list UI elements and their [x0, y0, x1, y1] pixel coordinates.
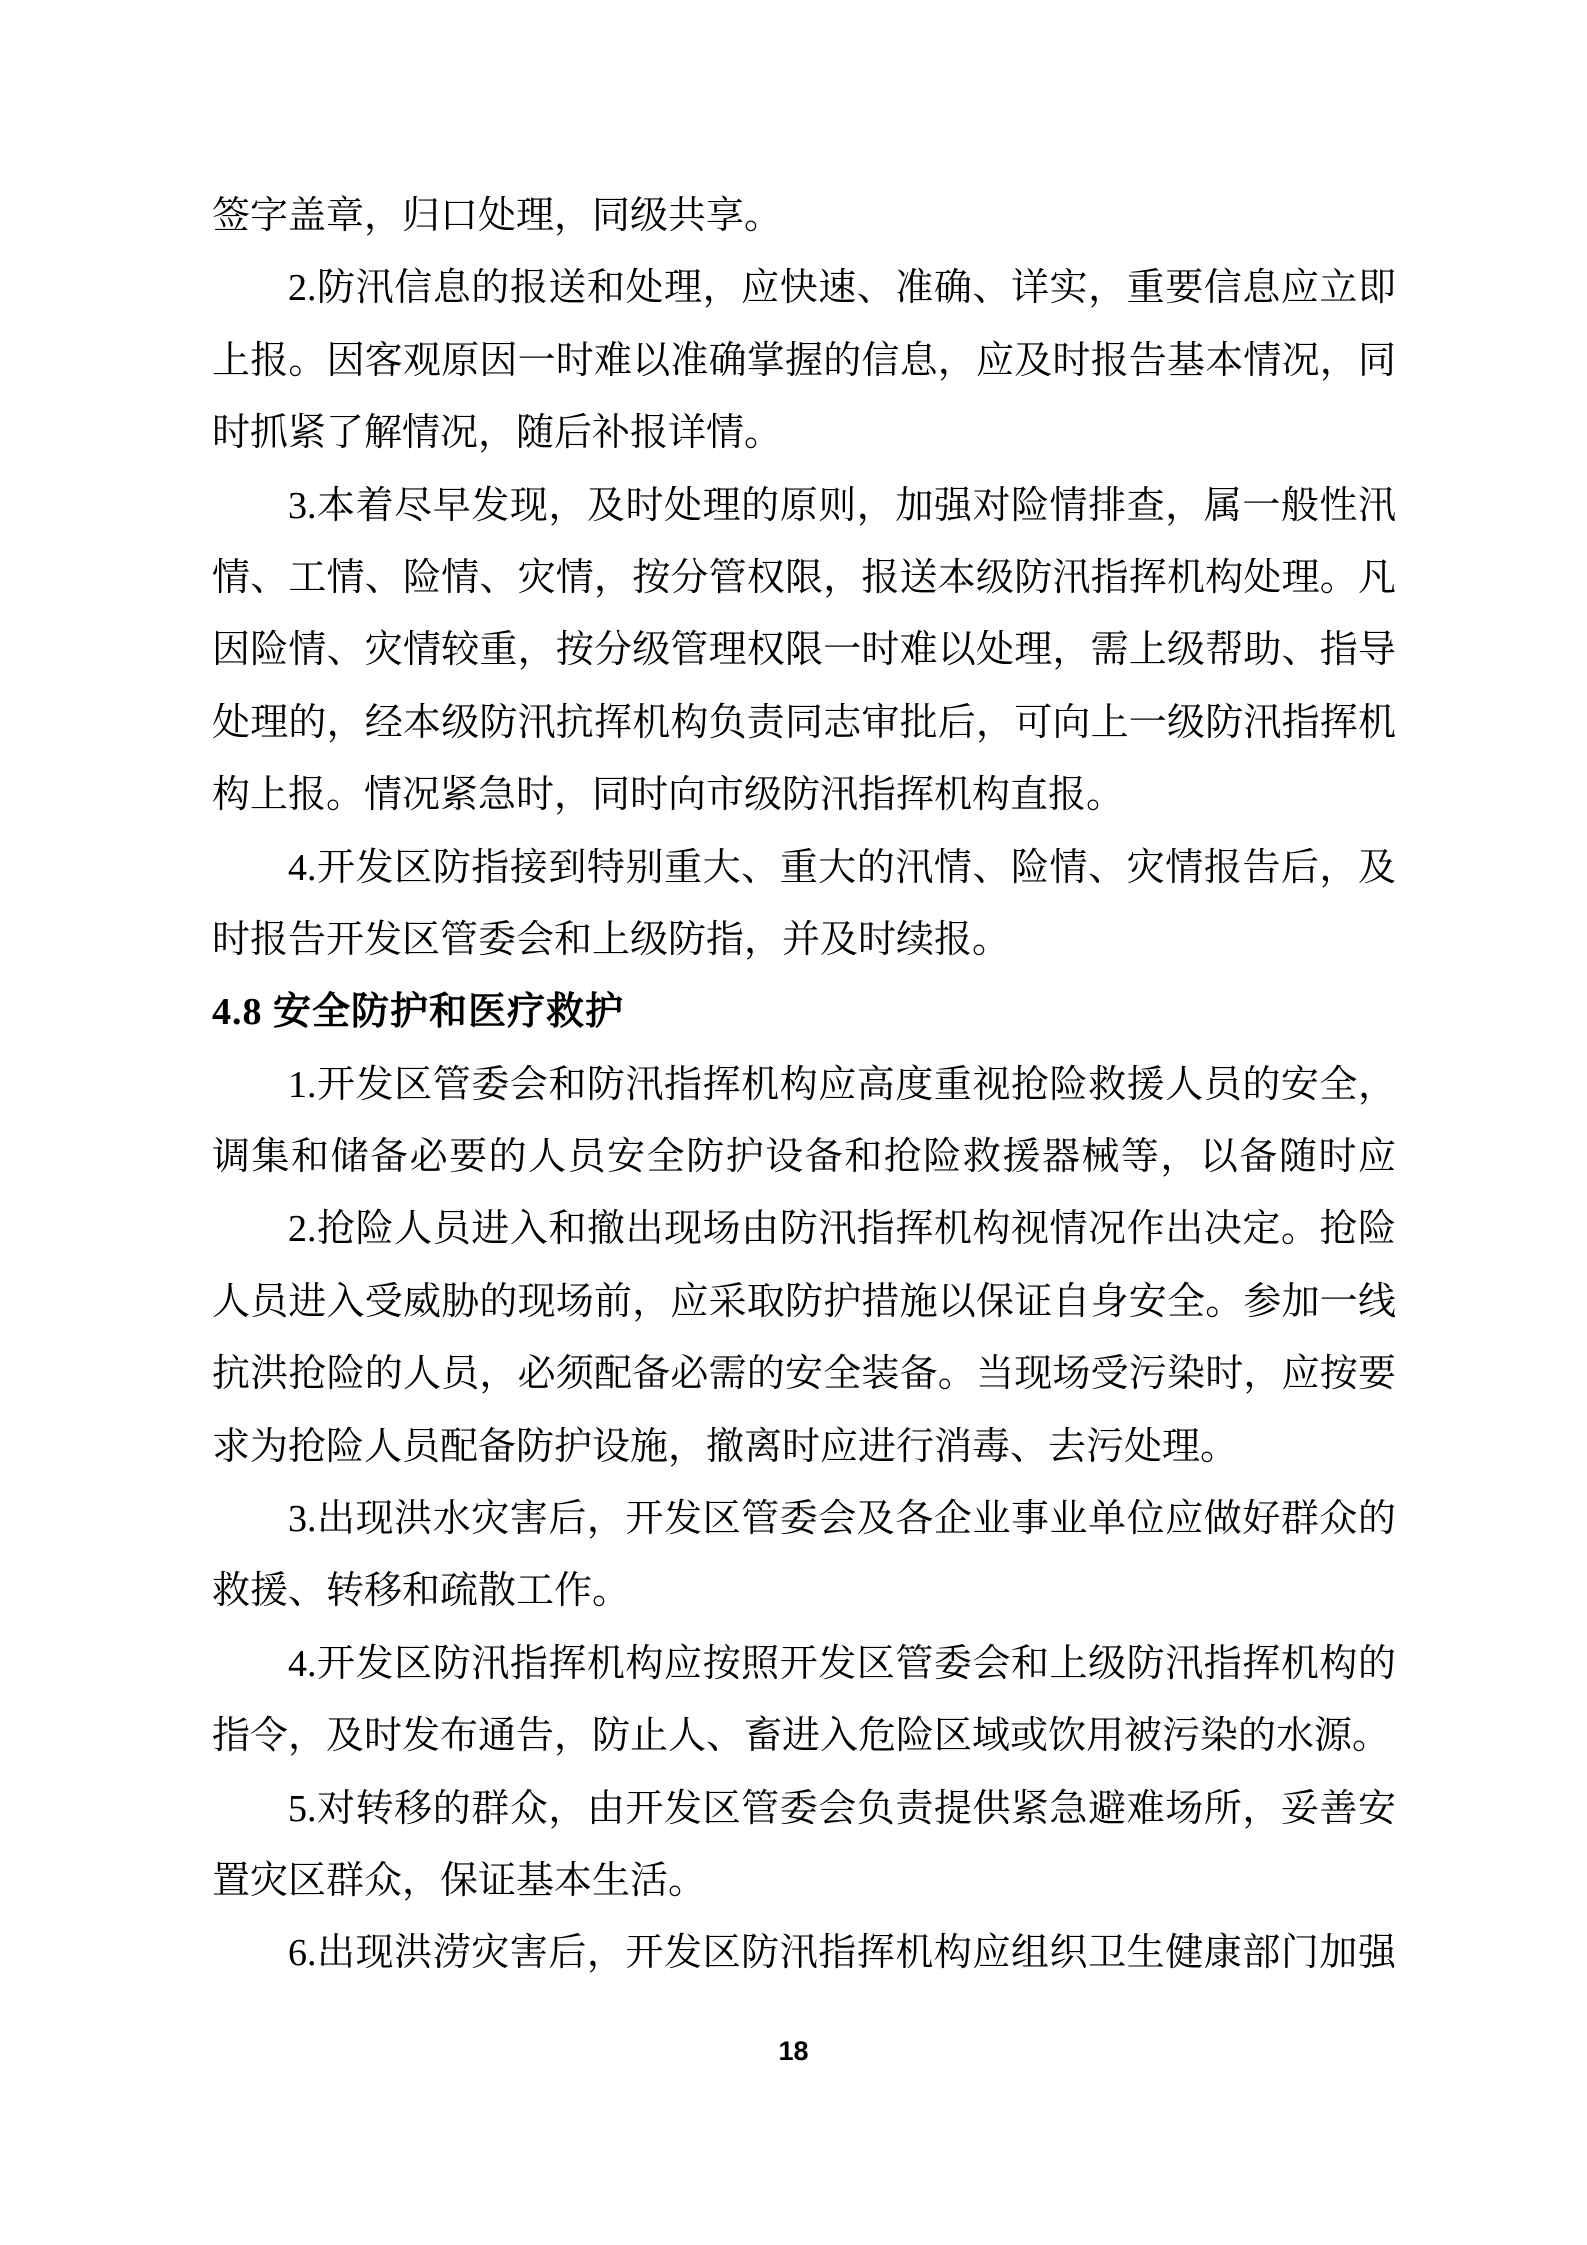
text-line: 1.开发区管委会和防汛指挥机构应高度重视抢险救援人员的安全， — [212, 1049, 1396, 1121]
text-line: 4.开发区防指接到特别重大、重大的汛情、险情、灾情报告后，及 — [212, 832, 1396, 904]
paragraph: 3.出现洪水灾害后，开发区管委会及各企业事业单位应做好群众的救援、转移和疏散工作… — [212, 1483, 1396, 1628]
paragraph: 2.抢险人员进入和撤出现场由防汛指挥机构视情况作出决定。抢险人员进入受威胁的现场… — [212, 1193, 1396, 1483]
text-line: 抗洪抢险的人员，必须配备必需的安全装备。当现场受污染时，应按要 — [212, 1338, 1396, 1410]
paragraph: 3.本着尽早发现，及时处理的原则，加强对险情排查，属一般性汛情、工情、险情、灾情… — [212, 470, 1396, 832]
text-line: 指令，及时发布通告，防止人、畜进入危险区域或饮用被污染的水源。 — [212, 1700, 1396, 1772]
section-heading: 4.8 安全防护和医疗救护 — [212, 976, 1396, 1048]
text-line: 3.出现洪水灾害后，开发区管委会及各企业事业单位应做好群众的 — [212, 1483, 1396, 1555]
text-line: 置灾区群众，保证基本生活。 — [212, 1845, 1396, 1917]
text-line: 4.8 安全防护和医疗救护 — [212, 976, 1396, 1048]
paragraph: 5.对转移的群众，由开发区管委会负责提供紧急避难场所，妥善安置灾区群众，保证基本… — [212, 1773, 1396, 1918]
text-line: 4.开发区防汛指挥机构应按照开发区管委会和上级防汛指挥机构的 — [212, 1628, 1396, 1700]
paragraph: 6.出现洪涝灾害后，开发区防汛指挥机构应组织卫生健康部门加强 — [212, 1917, 1396, 1989]
text-line: 签字盖章，归口处理，同级共享。 — [212, 180, 1396, 252]
text-line: 构上报。情况紧急时，同时向市级防汛指挥机构直报。 — [212, 759, 1396, 831]
paragraph: 1.开发区管委会和防汛指挥机构应高度重视抢险救援人员的安全，调集和储备必要的人员… — [212, 1049, 1396, 1194]
text-line: 救援、转移和疏散工作。 — [212, 1555, 1396, 1627]
text-line: 情、工情、险情、灾情，按分管权限，报送本级防汛指挥机构处理。凡 — [212, 542, 1396, 614]
text-line: 2.抢险人员进入和撤出现场由防汛指挥机构视情况作出决定。抢险 — [212, 1193, 1396, 1265]
text-line: 6.出现洪涝灾害后，开发区防汛指挥机构应组织卫生健康部门加强 — [212, 1917, 1396, 1989]
text-line: 调集和储备必要的人员安全防护设备和抢险救援器械等，以备随时应用。 — [212, 1121, 1396, 1193]
text-line: 因险情、灾情较重，按分级管理权限一时难以处理，需上级帮助、指导 — [212, 614, 1396, 686]
text-line: 求为抢险人员配备防护设施，撤离时应进行消毒、去污处理。 — [212, 1411, 1396, 1483]
paragraph: 4.开发区防指接到特别重大、重大的汛情、险情、灾情报告后，及时报告开发区管委会和… — [212, 832, 1396, 977]
text-line: 时抓紧了解情况，随后补报详情。 — [212, 397, 1396, 469]
text-line: 5.对转移的群众，由开发区管委会负责提供紧急避难场所，妥善安 — [212, 1773, 1396, 1845]
text-line: 时报告开发区管委会和上级防指，并及时续报。 — [212, 904, 1396, 976]
text-block: 签字盖章，归口处理，同级共享。2.防汛信息的报送和处理，应快速、准确、详实，重要… — [212, 180, 1396, 1990]
text-line: 2.防汛信息的报送和处理，应快速、准确、详实，重要信息应立即 — [212, 252, 1396, 324]
paragraph: 2.防汛信息的报送和处理，应快速、准确、详实，重要信息应立即上报。因客观原因一时… — [212, 252, 1396, 469]
text-line: 处理的，经本级防汛抗挥机构负责同志审批后，可向上一级防汛指挥机 — [212, 687, 1396, 759]
paragraph: 4.开发区防汛指挥机构应按照开发区管委会和上级防汛指挥机构的指令，及时发布通告，… — [212, 1628, 1396, 1773]
document-page: 签字盖章，归口处理，同级共享。2.防汛信息的报送和处理，应快速、准确、详实，重要… — [0, 0, 1587, 2245]
text-line: 3.本着尽早发现，及时处理的原则，加强对险情排查，属一般性汛 — [212, 470, 1396, 542]
page-number: 18 — [0, 2036, 1587, 2067]
paragraph: 签字盖章，归口处理，同级共享。 — [212, 180, 1396, 252]
text-line: 上报。因客观原因一时难以准确掌握的信息，应及时报告基本情况，同 — [212, 325, 1396, 397]
text-line: 人员进入受威胁的现场前，应采取防护措施以保证自身安全。参加一线 — [212, 1266, 1396, 1338]
